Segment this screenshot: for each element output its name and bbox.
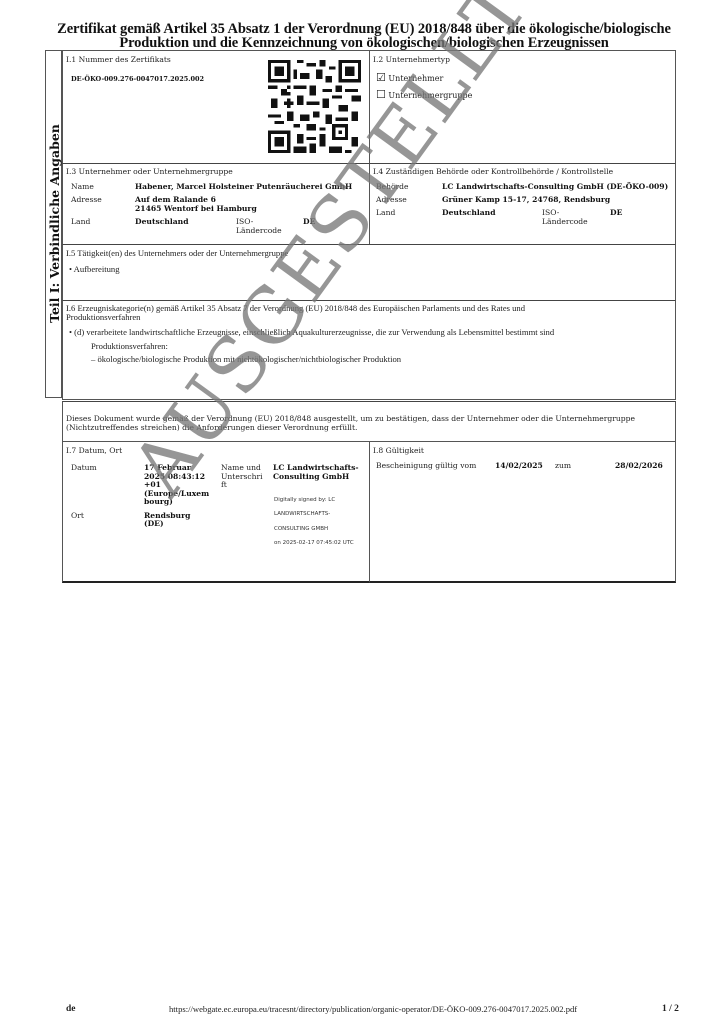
valid-from: 14/02/2025 — [495, 461, 543, 470]
valid-to: 28/02/2026 — [615, 461, 663, 470]
iso-label-1: ISO- — [542, 208, 559, 217]
i8-heading: I.8 Gültigkeit — [373, 446, 424, 455]
footer-url[interactable]: https://webgate.ec.europa.eu/tracesnt/di… — [169, 1004, 577, 1014]
address-line-2: 21465 Wentorf bei Hamburg — [135, 204, 257, 213]
i1-heading: I.1 Nummer des Zertifikats — [66, 55, 171, 64]
digital-signature-line-3: CONSULTING GMBH — [274, 525, 328, 534]
i6-heading-line-2: Produktionsverfahren — [66, 313, 140, 322]
sign-label-3: ft — [221, 480, 227, 489]
country: Deutschland — [135, 217, 189, 226]
iso-code: DE — [610, 208, 622, 217]
authority-address: Grüner Kamp 15-17, 24768, Rendsburg — [442, 195, 610, 204]
valid-to-label: zum — [555, 461, 571, 470]
title-line-1: Zertifikat gemäß Artikel 35 Absatz 1 der… — [20, 22, 708, 36]
digital-signature-line-2: LANDWIRTSCHAFTS- — [274, 510, 330, 519]
authority: LC Landwirtschafts-Consulting GmbH (DE-Ö… — [442, 182, 668, 191]
iso-label-1: ISO- — [236, 217, 253, 226]
digital-signature-line-4: on 2025-02-17 07:45:02 UTC — [274, 539, 354, 548]
name-label: Name — [71, 182, 94, 191]
country-label: Land — [71, 217, 90, 226]
country: Deutschland — [442, 208, 496, 217]
production-method-label: Produktionsverfahren: — [91, 342, 168, 351]
sidebar-label: Teil I: Verbindliche Angaben — [47, 51, 62, 396]
address-line-1: Auf dem Ralande 6 — [135, 195, 216, 204]
title-line-2: Produktion und die Kennzeichnung von öko… — [20, 36, 708, 50]
place-label: Ort — [71, 511, 84, 520]
sign-label-2: Unterschri — [221, 472, 263, 481]
activity-item: • Aufbereitung — [69, 265, 120, 274]
i5-heading: I.5 Tätigkeit(en) des Unternehmers oder … — [66, 249, 288, 258]
signer-line-2: Consulting GmbH — [273, 472, 349, 481]
section-i8: I.8 Gültigkeit Bescheinigung gültig vom … — [369, 441, 676, 583]
document-title: Zertifikat gemäß Artikel 35 Absatz 1 der… — [20, 22, 708, 50]
i7-heading: I.7 Datum, Ort — [66, 446, 122, 455]
date-label: Datum — [71, 463, 97, 472]
footer-language: de — [66, 1004, 76, 1014]
valid-label: Bescheinigung gültig vom — [376, 461, 476, 470]
footer-page-number: 1 / 2 — [662, 1004, 679, 1014]
certificate-number: DE-ÖKO-009.276-0047017.2025.002 — [71, 75, 204, 84]
iso-label-2: Ländercode — [542, 217, 588, 226]
digital-signature-line-1: Digitally signed by: LC — [274, 496, 335, 505]
i3-heading: I.3 Unternehmer oder Unternehmergruppe — [66, 167, 233, 176]
signer-line-1: LC Landwirtschafts- — [273, 463, 359, 472]
part-sidebar: Teil I: Verbindliche Angaben — [45, 50, 62, 398]
address-label: Adresse — [71, 195, 102, 204]
sign-label-1: Name und — [221, 463, 261, 472]
iso-label-2: Ländercode — [236, 226, 282, 235]
section-i6: I.6 Erzeugniskategorie(n) gemäß Artikel … — [62, 300, 676, 400]
checked-checkbox-icon[interactable]: ☑ — [376, 71, 386, 84]
place-line-2: (DE) — [144, 519, 164, 528]
